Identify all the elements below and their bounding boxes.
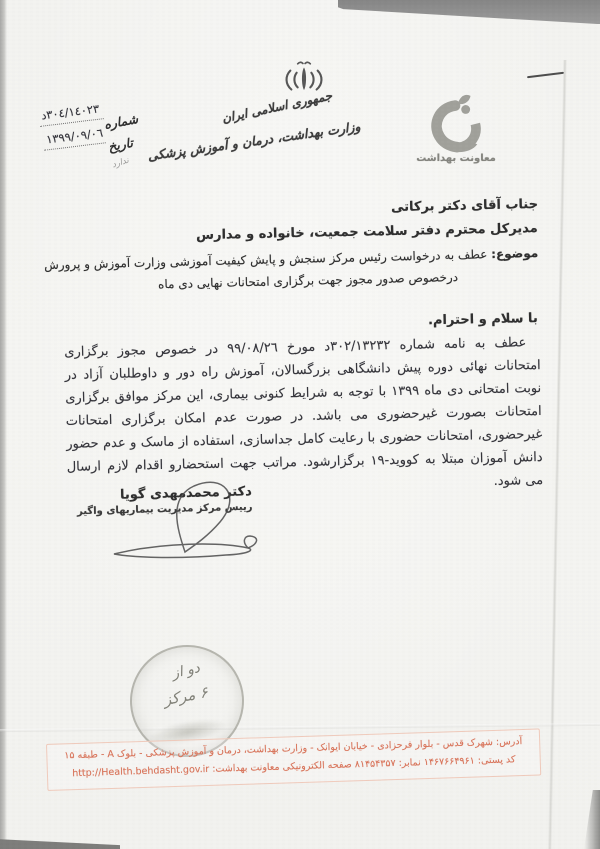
salutation: با سلام و احترام.	[428, 311, 538, 328]
subject-label: موضوع:	[491, 246, 538, 261]
recipient-title-line: مدیرکل محترم دفتر سلامت جمعیت، خانواده و…	[196, 221, 538, 243]
body-paragraph: عطف به نامه شماره ٣٠٢/١٣٢٣٢د مورخ ٩٩/٠٨/…	[64, 331, 543, 502]
date-label: تاریخ	[107, 135, 134, 154]
subject-continuation-line: درخصوص صدور مجوز جهت برگزاری امتحانات نه…	[158, 270, 458, 291]
scan-edge-bottom-left	[0, 836, 120, 849]
scan-edge-top-right	[338, 0, 600, 24]
scan-edge-bottom-right	[584, 790, 600, 849]
pen-mark	[527, 72, 564, 79]
number-label: شماره	[103, 111, 139, 132]
paper-fold-line	[548, 60, 567, 849]
attachment-note: ندارد	[111, 156, 130, 171]
scanned-letter-page: جمهوری اسلامی ایران وزارت بهداشت، درمان …	[0, 0, 600, 849]
subject-text: عطف به درخواست رئیس مرکز سنجش و پایش کیف…	[44, 247, 491, 272]
scan-edge-left	[0, 0, 7, 849]
health-deputy-caption: معاونت بهداشت	[413, 153, 499, 164]
stamp-handwriting-line1: دو از	[159, 657, 213, 684]
signature-scribble-icon	[98, 478, 268, 570]
republic-title: جمهوری اسلامی ایران	[212, 87, 342, 128]
stamp-handwriting-line2: ۶ مرکز	[153, 681, 219, 711]
subject-line: موضوع: عطف به درخواست رئیس مرکز سنجش و پ…	[44, 246, 538, 272]
footer-box: آدرس: شهرک قدس - بلوار فرحزادی - خیابان …	[46, 728, 541, 790]
health-deputy-apple-logo-icon	[427, 92, 485, 154]
recipient-name-line: جناب آقای دکتر برکاتی	[391, 197, 538, 215]
